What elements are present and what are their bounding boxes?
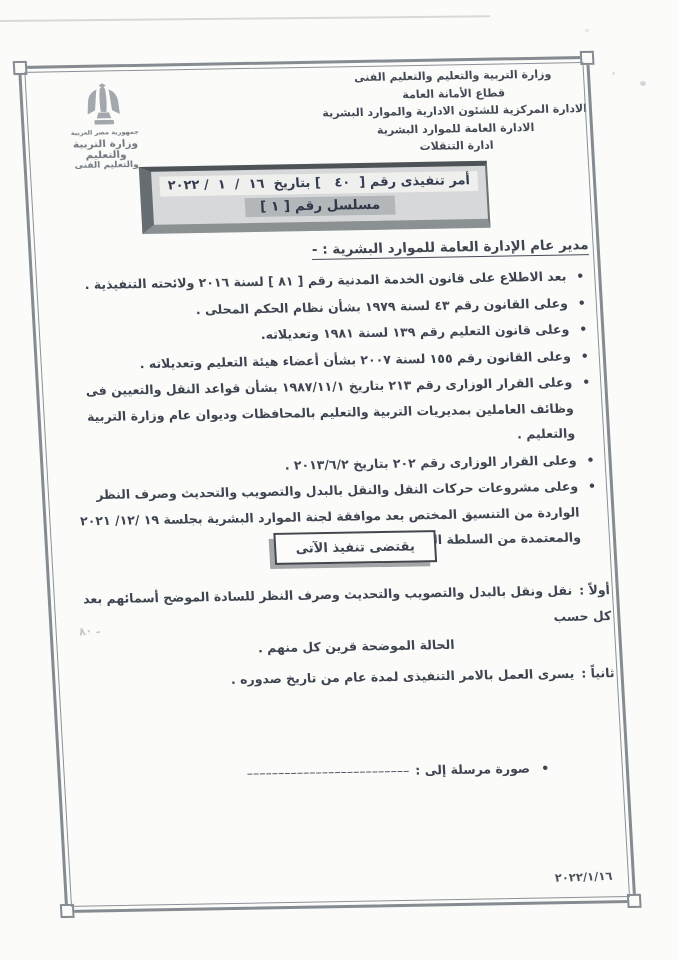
issue-date: ٢٠٢٢/١/١٦ <box>554 869 613 885</box>
frame-corner-knot <box>60 904 75 918</box>
addressee-heading: مدير عام الإدارة العامة للموارد البشرية … <box>311 237 589 260</box>
cc-label: صورة مرسلة إلى : <box>415 761 531 778</box>
directive-first-label: أولاً : <box>579 582 611 598</box>
directive-first: أولاً :نقل ونقل بالبدل والتصويب والتحديث… <box>66 577 612 639</box>
execute-directive-box: يقتضى تنفيذ الآتى <box>273 530 437 565</box>
frame-corner-knot <box>13 61 28 75</box>
directive-first-text: نقل ونقل بالبدل والتصويب والتحديث وصرف ا… <box>83 583 612 624</box>
directives-list: أولاً :نقل ونقل بالبدل والتصويب والتحديث… <box>66 577 615 696</box>
scan-speck <box>612 72 615 75</box>
cc-line: صورة مرسلة إلى :––––––––––––––––––––––––… <box>246 760 549 780</box>
serial-number-line: مسلسل رقم [ ١ ] <box>245 195 396 217</box>
directive-second: ثانياً :يسرى العمل بالامر التنفيذى لمدة … <box>71 660 615 696</box>
emblem-caption: جمهورية مصر العربية <box>53 128 157 137</box>
ministry-header: وزارة التربية والتعليم والتعليم الفنى قط… <box>320 65 590 157</box>
cc-dashes: –––––––––––––––––––––––––– <box>246 763 409 781</box>
scan-page: وزارة التربية والتعليم والتعليم الفنى قط… <box>0 0 678 960</box>
preamble-item: وعلى القرار الوزارى رقم ٢١٣ بتاريخ ١٩٨٧/… <box>56 369 599 455</box>
header-line: ادارة التنقلات <box>324 135 590 157</box>
scan-edge-line <box>0 15 490 22</box>
preamble-list: بعد الاطلاع على قانون الخدمة المدنية رقم… <box>51 263 606 560</box>
national-emblem: جمهورية مصر العربية وزارة التربية والتعل… <box>50 81 159 172</box>
page-border-frame: وزارة التربية والتعليم والتعليم الفنى قط… <box>18 56 636 913</box>
frame-corner-knot <box>580 51 595 65</box>
scan-speck <box>585 29 589 32</box>
directive-second-text: يسرى العمل بالامر التنفيذى لمدة عام من ت… <box>231 666 575 687</box>
frame-corner-knot <box>627 894 642 908</box>
directive-second-label: ثانياً : <box>581 665 615 681</box>
emblem-caption: وزارة التربية والتعليم <box>53 138 158 162</box>
scan-speck <box>640 81 646 86</box>
egypt-eagle-icon <box>75 81 132 128</box>
order-number-line: أمر تنفيذى رقم [ ٤٠ ] بتاريخ ١٦ / ١ / ٢٠… <box>159 171 478 197</box>
execute-directive-text: يقتضى تنفيذ الآتى <box>295 539 415 556</box>
executive-order-box: أمر تنفيذى رقم [ ٤٠ ] بتاريخ ١٦ / ١ / ٢٠… <box>139 161 491 234</box>
